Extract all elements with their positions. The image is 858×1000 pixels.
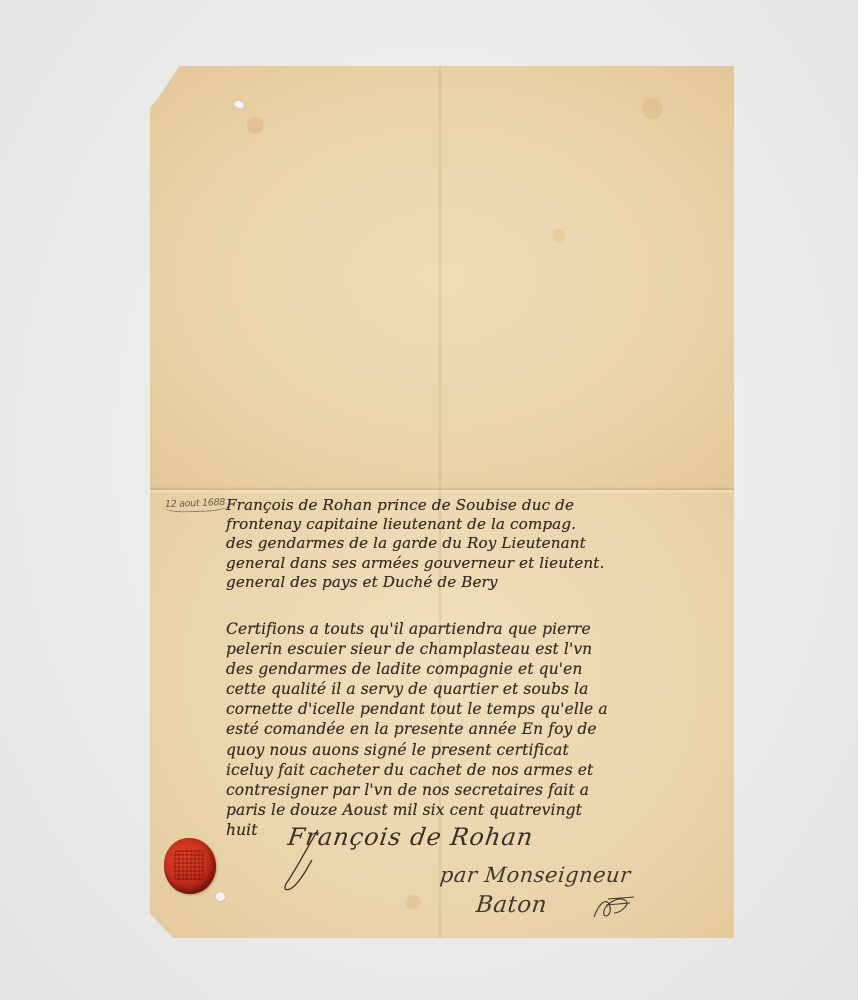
red-wax-seal: [164, 838, 216, 894]
heading-line: François de Rohan prince de Soubise duc …: [226, 496, 726, 515]
heading-line: general des pays et Duché de Bery: [226, 573, 726, 592]
body-line: quoy nous auons signé le present certifi…: [226, 740, 726, 760]
body-line: des gendarmes de ladite compagnie et qu'…: [226, 659, 726, 679]
heading-line: frontenay capitaine lieutenant de la com…: [226, 515, 726, 534]
heading-line: des gendarmes de la garde du Roy Lieuten…: [226, 534, 726, 553]
body-line: Certifions a touts qu'il apartiendra que…: [226, 619, 726, 639]
heading-line: general dans ses armées gouverneur et li…: [226, 554, 726, 573]
body-line: cornette d'icelle pendant tout le temps …: [226, 699, 726, 719]
body-line: contresigner par l'vn de nos secretaires…: [226, 780, 726, 800]
body-line: paris le douze Aoust mil six cent quatre…: [226, 800, 726, 820]
body-line: cette qualité il a servy de quartier et …: [226, 679, 726, 699]
body-line: esté comandée en la presente année En fo…: [226, 719, 726, 739]
body-line: iceluy fait cacheter du cachet de nos ar…: [226, 760, 726, 780]
sheet-upper-panel: [150, 66, 734, 490]
signature-francois-de-rohan: François de Rohan: [286, 823, 535, 851]
manuscript-sheet: 12 aout 1688 François de Rohan prince de…: [150, 66, 734, 938]
countersignature-par-monseigneur: par Monseigneur: [439, 863, 632, 887]
body-line: pelerin escuier sieur de champlasteau es…: [226, 639, 726, 659]
countersignature-secretary: Baton: [475, 892, 549, 918]
paraph-flourish-icon: [590, 893, 636, 921]
heading-block: François de Rohan prince de Soubise duc …: [226, 496, 726, 592]
paper-hole-bottom: [215, 891, 226, 902]
body-block: Certifions a touts qu'il apartiendra que…: [226, 619, 726, 840]
horizontal-fold-crease: [150, 487, 734, 493]
